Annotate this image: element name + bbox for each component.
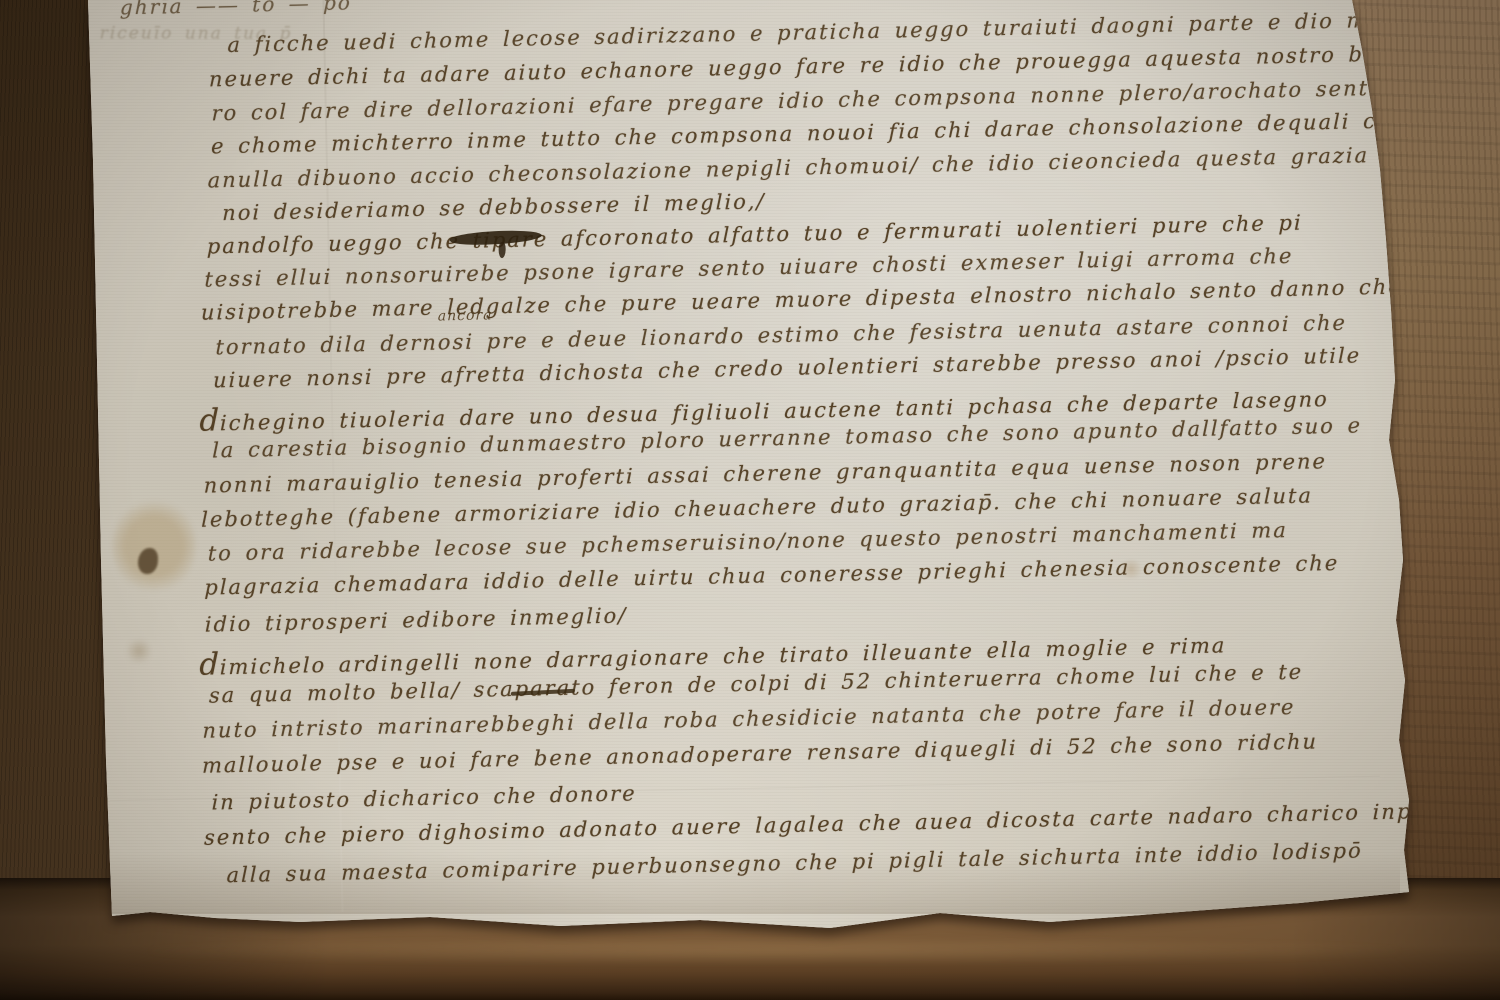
manuscript-line: idio tiprosperi edibore inmeglio/	[205, 603, 628, 636]
manuscript-line: noi desideriamo se debbossere il meglio,…	[222, 189, 766, 225]
manuscript-text: ghrīa —— tō — p̄oriceuīo una tua p̄a fic…	[77, 0, 1449, 971]
manuscript-line: alla sua maesta comiparire puerbuonsegno…	[226, 838, 1362, 887]
manuscript-line: in piutosto dicharico che donore	[211, 781, 636, 814]
manuscript-line: ghrīa —— tō — p̄o	[120, 0, 352, 19]
paper-sheet-wrapper: ghrīa —— tō — p̄oriceuīo una tua p̄a fic…	[0, 0, 1500, 1000]
manuscript-photo: { "photo": { "label": "Handwritten histo…	[0, 0, 1500, 1000]
interlinear-insertion: ancora	[438, 307, 493, 324]
paper-sheet: ghrīa —— tō — p̄oriceuīo una tua p̄a fic…	[0, 0, 1500, 1000]
ink-blot-drip	[499, 242, 506, 258]
